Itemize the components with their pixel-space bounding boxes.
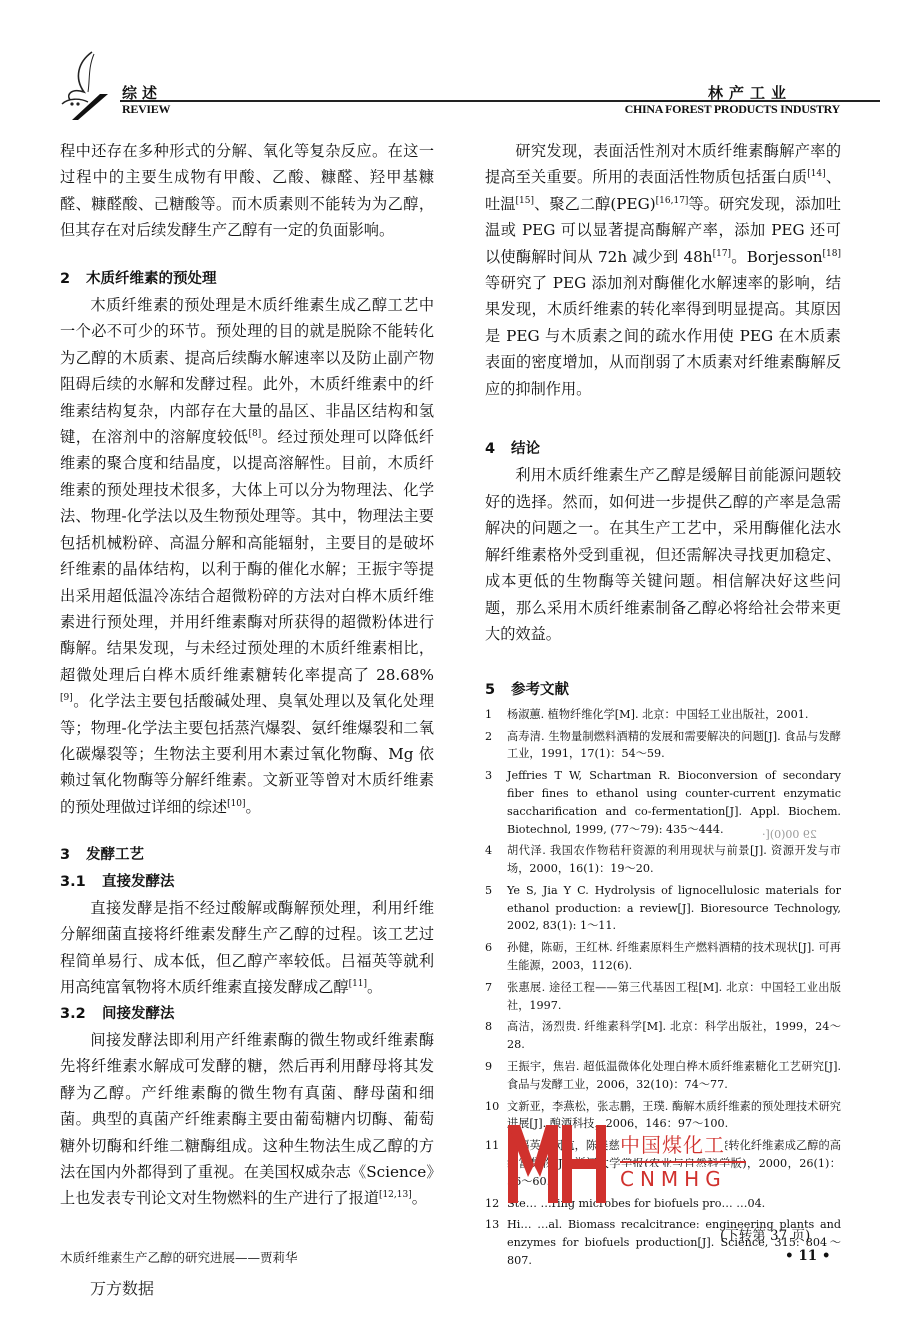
reference-item: 5Ye S, Jia Y C. Hydrolysis of lignocellu… (485, 882, 841, 935)
continued-on-page: (下转第 37 页) (720, 1224, 810, 1244)
citation: [9] (60, 693, 73, 703)
section-2-heading: 2木质纤维素的预处理 (60, 266, 434, 292)
reference-text: 高寿清. 生物量制燃料酒精的发展和需要解决的问题[J]. 食品与发酵工业，199… (507, 728, 841, 764)
text-run: 。 (367, 978, 382, 996)
citation: [14] (807, 169, 825, 179)
reference-item: 4胡代泽. 我国农作物秸秆资源的利用现状与前景[J]. 资源开发与市场，2000… (485, 842, 841, 878)
citation: [8] (248, 429, 261, 439)
subsection-number: 3.1 (60, 869, 102, 895)
text-run: 。 (412, 1189, 427, 1207)
section-5-heading: 5参考文献 (485, 677, 841, 703)
cnmhg-watermark: 中国煤化工 CNMHG (508, 1125, 758, 1203)
reference-text: 王振宇，焦岩. 超低温微体化处理白桦木质纤维素糖化工艺研究[J]. 食品与发酵工… (507, 1058, 841, 1094)
watermark-rule (620, 1161, 746, 1163)
section-title: 木质纤维素的预处理 (86, 271, 217, 287)
running-footer-title: 木质纤维素生产乙醇的研究进展——贾莉华 (60, 1248, 298, 1266)
text-run: 。Borjesson (731, 248, 822, 266)
text-run: 木质纤维素的预处理是木质纤维素生成乙醇工艺中一个必不可少的环节。预处理的目的就是… (60, 296, 434, 446)
section-2-paragraph: 木质纤维素的预处理是木质纤维素生成乙醇工艺中一个必不可少的环节。预处理的目的就是… (60, 292, 434, 820)
journal-name-en: CHINA FOREST PRODUCTS INDUSTRY (625, 102, 840, 117)
text-run: 等研究了 PEG 添加剂对酶催化水解速率的影响，结果发现，木质纤维素的转化率得到… (485, 274, 841, 398)
reference-item: 1杨淑蕙. 植物纤维化学[M]. 北京：中国轻工业出版社，2001. (485, 706, 841, 724)
citation: [17] (713, 249, 731, 259)
text-run: 。 (246, 798, 261, 816)
subsection-title: 直接发酵法 (102, 874, 175, 890)
reference-number: 6 (485, 939, 507, 975)
text-run: 研究发现，表面活性剂对木质纤维素酶解产率的提高至关重要。所用的表面活性物质包括蛋… (485, 142, 841, 186)
reference-number: 13 (485, 1216, 507, 1269)
subsection-3-2-heading: 3.2间接发酵法 (60, 1001, 434, 1027)
section-4-heading: 4结论 (485, 436, 841, 462)
journal-logo-icon (48, 48, 120, 120)
reference-text: 高洁，汤烈贵. 纤维素科学[M]. 北京：科学出版社，1999，24～28. (507, 1018, 841, 1054)
reference-number: 5 (485, 882, 507, 935)
reference-text: 胡代泽. 我国农作物秸秆资源的利用现状与前景[J]. 资源开发与市场，2000，… (507, 842, 841, 878)
reference-number: 10 (485, 1098, 507, 1134)
reference-text: 孙健，陈砺，王红林. 纤维素原料生产燃料酒精的技术现状[J]. 可再生能源，20… (507, 939, 841, 975)
mh-logo-icon (508, 1125, 606, 1203)
citation: [16,17] (656, 196, 689, 206)
text-run: 间接发酵法即利用产纤维素酶的微生物或纤维素酶先将纤维素水解成可发酵的糖，然后再利… (60, 1031, 434, 1207)
section-number: 4 (485, 436, 511, 462)
reference-item: 6孙健，陈砺，王红林. 纤维素原料生产燃料酒精的技术现状[J]. 可再生能源，2… (485, 939, 841, 975)
reference-number: 9 (485, 1058, 507, 1094)
watermark-cn-text: 中国煤化工 (620, 1129, 725, 1158)
reference-number: 12 (485, 1195, 507, 1213)
section-label-en: REVIEW (122, 102, 170, 117)
source-label: 万方数据 (90, 1276, 154, 1299)
reference-number: 2 (485, 728, 507, 764)
text-run: 、聚乙二醇(PEG) (534, 195, 656, 213)
citation: [15] (516, 196, 534, 206)
subsection-3-2-paragraph: 间接发酵法即利用产纤维素酶的微生物或纤维素酶先将纤维素水解成可发酵的糖，然后再利… (60, 1027, 434, 1212)
reference-text: 杨淑蕙. 植物纤维化学[M]. 北京：中国轻工业出版社，2001. (507, 706, 841, 724)
citation: [10] (227, 799, 245, 809)
section-number: 2 (60, 266, 86, 292)
section-number: 5 (485, 677, 511, 703)
section-number: 3 (60, 842, 86, 868)
reference-number: 11 (485, 1137, 507, 1190)
reference-number: 4 (485, 842, 507, 878)
page-number: • 11 • (785, 1248, 830, 1264)
citation: [18] (823, 249, 841, 259)
reference-number: 1 (485, 706, 507, 724)
subsection-3-1-heading: 3.1直接发酵法 (60, 869, 434, 895)
reference-text: 张惠展. 途径工程——第三代基因工程[M]. 北京：中国轻工业出版社，1997. (507, 979, 841, 1015)
continued-paragraph: 程中还存在多种形式的分解、氧化等复杂反应。在这一过程中的主要生成物有甲酸、乙酸、… (60, 138, 434, 244)
reference-item: 7张惠展. 途径工程——第三代基因工程[M]. 北京：中国轻工业出版社，1997… (485, 979, 841, 1015)
watermark-en-text: CNMHG (620, 1167, 727, 1191)
faint-stamp: 29 00(0)[· (762, 828, 817, 841)
reference-number: 7 (485, 979, 507, 1015)
section-title: 参考文献 (511, 682, 569, 698)
journal-header: 综述 REVIEW 林产工业 CHINA FOREST PRODUCTS IND… (40, 48, 840, 128)
subsection-number: 3.2 (60, 1001, 102, 1027)
right-column: 研究发现，表面活性剂对木质纤维素酶解产率的提高至关重要。所用的表面活性物质包括蛋… (485, 138, 841, 1274)
reference-item: 8高洁，汤烈贵. 纤维素科学[M]. 北京：科学出版社，1999，24～28. (485, 1018, 841, 1054)
reference-number: 3 (485, 767, 507, 838)
journal-name-cn: 林产工业 (708, 82, 792, 103)
reference-number: 8 (485, 1018, 507, 1054)
section-title: 发酵工艺 (86, 847, 144, 863)
subsection-3-1-paragraph: 直接发酵是指不经过酸解或酶解预处理，利用纤维分解细菌直接将纤维素发酵生产乙醇的过… (60, 895, 434, 1001)
section-3-heading: 3发酵工艺 (60, 842, 434, 868)
reference-item: 9王振宇，焦岩. 超低温微体化处理白桦木质纤维素糖化工艺研究[J]. 食品与发酵… (485, 1058, 841, 1094)
conclusion-paragraph: 利用木质纤维素生产乙醇是缓解目前能源问题较好的选择。然而，如何进一步提供乙醇的产… (485, 462, 841, 647)
reference-text: Ye S, Jia Y C. Hydrolysis of lignocellul… (507, 882, 841, 935)
surfactant-paragraph: 研究发现，表面活性剂对木质纤维素酶解产率的提高至关重要。所用的表面活性物质包括蛋… (485, 138, 841, 402)
reference-item: 2高寿清. 生物量制燃料酒精的发展和需要解决的问题[J]. 食品与发酵工业，19… (485, 728, 841, 764)
left-column: 程中还存在多种形式的分解、氧化等复杂反应。在这一过程中的主要生成物有甲酸、乙酸、… (60, 138, 434, 1212)
section-title: 结论 (511, 441, 540, 457)
subsection-title: 间接发酵法 (102, 1006, 175, 1022)
text-run: 。经过预处理可以降低纤维素的聚合度和结晶度，以提高溶解性。目前，木质纤维素的预处… (60, 428, 434, 684)
citation: [11] (349, 979, 367, 989)
citation: [12,13] (379, 1190, 412, 1200)
section-label-cn: 综述 (122, 82, 162, 103)
